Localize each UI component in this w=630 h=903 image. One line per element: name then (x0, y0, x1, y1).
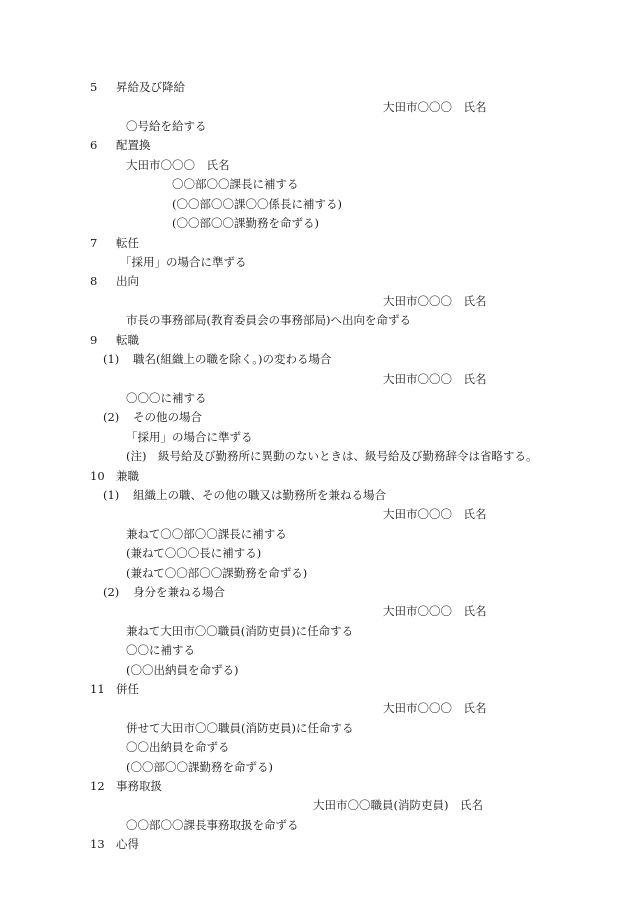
line-text: 大田市〇〇〇 氏名 (383, 294, 487, 308)
line-text: 兼ねて大田市〇〇職員(消防吏員)に任命する (126, 624, 353, 638)
line-text: 転職 (116, 333, 139, 347)
section-heading: 13心得 (90, 837, 139, 851)
line-text: 〇号給を給する (126, 119, 207, 133)
section-heading: 10兼職 (90, 469, 139, 483)
line-text: 大田市〇〇〇 氏名 (383, 701, 487, 715)
line-text: 組織上の職、その他の職又は勤務所を兼ねる場合 (133, 488, 386, 502)
line-text: (〇〇部〇〇課〇〇係長に補する) (172, 197, 342, 211)
line-text: 転任 (116, 236, 139, 250)
line-text: 兼職 (116, 469, 139, 483)
section-heading: 7転任 (90, 236, 139, 250)
line-text: 身分を兼ねる場合 (133, 585, 225, 599)
document-line: (〇〇部〇〇課勤務を命ずる) (172, 216, 319, 230)
line-text: 兼ねて〇〇部〇〇課長に補する (126, 527, 287, 541)
subsection-number: (2) (103, 585, 133, 599)
line-text: 〇〇部〇〇課長に補する (172, 177, 299, 191)
line-text: 〇〇出納員を命ずる (126, 740, 230, 754)
document-line: 〇〇部〇〇課長に補する (172, 177, 299, 191)
document-line: (〇〇部〇〇課〇〇係長に補する) (172, 197, 342, 211)
subsection-heading: (1)職名(組織上の職を除く。)の変わる場合 (103, 352, 332, 366)
subsection-number: (2) (103, 410, 133, 424)
section-number: 13 (90, 837, 116, 851)
section-number: 11 (90, 682, 116, 696)
subsection-number: (1) (103, 488, 133, 502)
document-line: (〇〇出納員を命ずる) (126, 663, 238, 677)
section-number: 10 (90, 469, 116, 483)
document-line: 大田市〇〇職員(消防吏員) 氏名 (313, 798, 483, 812)
subsection-number: (1) (103, 352, 133, 366)
line-text: 出向 (116, 274, 139, 288)
line-text: その他の場合 (133, 410, 202, 424)
document-line: 〇〇〇に補する (126, 391, 207, 405)
document-line: 〇号給を給する (126, 119, 207, 133)
document-line: 大田市〇〇〇 氏名 (383, 507, 487, 521)
line-text: 配置換 (116, 138, 151, 152)
document-line: 〇〇に補する (126, 643, 195, 657)
document-line: 大田市〇〇〇 氏名 (383, 294, 487, 308)
line-text: 市長の事務部局(教育委員会の事務部局)へ出向を命ずる (126, 313, 411, 327)
line-text: 大田市〇〇〇 氏名 (383, 372, 487, 386)
section-heading: 8出向 (90, 274, 139, 288)
line-text: (〇〇部〇〇課勤務を命ずる) (126, 760, 273, 774)
line-text: 職名(組織上の職を除く。)の変わる場合 (133, 352, 332, 366)
section-number: 9 (90, 333, 116, 347)
line-text: (兼ねて〇〇〇長に補する) (126, 546, 261, 560)
line-text: 大田市〇〇〇 氏名 (383, 507, 487, 521)
section-number: 5 (90, 80, 116, 94)
document-line: 大田市〇〇〇 氏名 (383, 100, 487, 114)
line-text: (兼ねて〇〇部〇〇課勤務を命ずる) (126, 566, 307, 580)
line-text: 大田市〇〇〇 氏名 (383, 604, 487, 618)
line-text: 〇〇部〇〇課長事務取扱を命ずる (126, 818, 299, 832)
document-line: 大田市〇〇〇 氏名 (126, 158, 230, 172)
section-number: 7 (90, 236, 116, 250)
line-text: 大田市〇〇〇 氏名 (126, 158, 230, 172)
document-line: 〇〇部〇〇課長事務取扱を命ずる (126, 818, 299, 832)
section-heading: 5昇給及び降給 (90, 80, 185, 94)
document-line: 市長の事務部局(教育委員会の事務部局)へ出向を命ずる (126, 313, 411, 327)
line-text: (〇〇出納員を命ずる) (126, 663, 238, 677)
section-heading: 12事務取扱 (90, 779, 162, 793)
document-line: 「採用」の場合に準ずる (126, 430, 253, 444)
section-number: 6 (90, 138, 116, 152)
document-line: 「採用」の場合に準ずる (120, 255, 247, 269)
document-line: (注) 級号給及び勤務所に異動のないときは、級号給及び勤務辞令は省略する。 (126, 449, 537, 463)
subsection-heading: (2)その他の場合 (103, 410, 202, 424)
document-line: 兼ねて大田市〇〇職員(消防吏員)に任命する (126, 624, 353, 638)
section-number: 8 (90, 274, 116, 288)
document-line: 兼ねて〇〇部〇〇課長に補する (126, 527, 287, 541)
line-text: 併せて大田市〇〇職員(消防吏員)に任命する (126, 721, 353, 735)
line-text: 併任 (116, 682, 139, 696)
line-text: 大田市〇〇職員(消防吏員) 氏名 (313, 798, 483, 812)
section-number: 12 (90, 779, 116, 793)
section-heading: 11併任 (90, 682, 139, 696)
document-line: 〇〇出納員を命ずる (126, 740, 230, 754)
line-text: 大田市〇〇〇 氏名 (383, 100, 487, 114)
line-text: 〇〇に補する (126, 643, 195, 657)
subsection-heading: (2)身分を兼ねる場合 (103, 585, 225, 599)
document-line: 大田市〇〇〇 氏名 (383, 372, 487, 386)
document-line: (兼ねて〇〇部〇〇課勤務を命ずる) (126, 566, 307, 580)
document-line: 大田市〇〇〇 氏名 (383, 701, 487, 715)
line-text: (〇〇部〇〇課勤務を命ずる) (172, 216, 319, 230)
document-line: 大田市〇〇〇 氏名 (383, 604, 487, 618)
line-text: 心得 (116, 837, 139, 851)
section-heading: 9転職 (90, 333, 139, 347)
section-heading: 6配置換 (90, 138, 151, 152)
document-line: (兼ねて〇〇〇長に補する) (126, 546, 261, 560)
document-line: 併せて大田市〇〇職員(消防吏員)に任命する (126, 721, 353, 735)
line-text: 事務取扱 (116, 779, 162, 793)
line-text: 〇〇〇に補する (126, 391, 207, 405)
line-text: 「採用」の場合に準ずる (126, 430, 253, 444)
line-text: 昇給及び降給 (116, 80, 185, 94)
subsection-heading: (1)組織上の職、その他の職又は勤務所を兼ねる場合 (103, 488, 386, 502)
document-line: (〇〇部〇〇課勤務を命ずる) (126, 760, 273, 774)
line-text: 「採用」の場合に準ずる (120, 255, 247, 269)
line-text: (注) 級号給及び勤務所に異動のないときは、級号給及び勤務辞令は省略する。 (126, 449, 537, 463)
